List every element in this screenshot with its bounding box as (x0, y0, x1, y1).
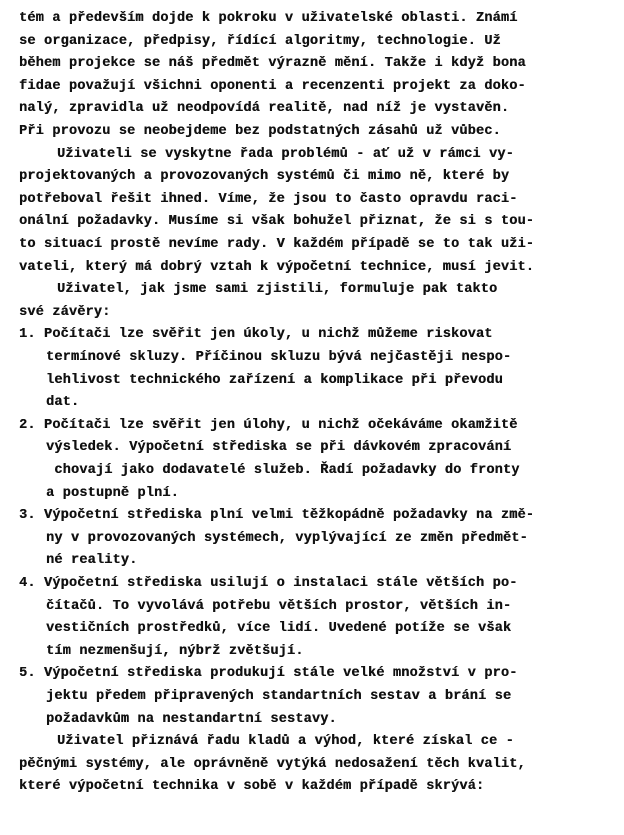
list-item-first-line: 5. Výpočetní střediska produkují stále v… (19, 667, 517, 681)
text-line: vateli, který má dobrý vztah k výpočetní… (19, 261, 534, 275)
list-item-line: termínové skluzy. Příčinou skluzu bývá n… (46, 351, 511, 365)
list-item-first-line: 2. Počítači lze svěřit jen úlohy, u nich… (19, 419, 517, 433)
list-item-first-line: 3. Výpočetní střediska plní velmi těžkop… (19, 509, 534, 523)
document-page: tém a především dojde k pokroku v uživat… (0, 0, 624, 835)
text-line: pěčnými systémy, ale oprávněně vytýká ne… (19, 758, 526, 772)
text-line: během projekce se náš předmět výrazně mě… (19, 57, 526, 71)
list-item-line: ny v provozovaných systémech, vyplývajíc… (46, 532, 528, 546)
text-line: tém a především dojde k pokroku v uživat… (19, 12, 517, 26)
list-item-line: jektu předem připravených standartních s… (46, 690, 511, 704)
paragraph-first-line: Uživateli se vyskytne řada problémů - ať… (57, 148, 514, 162)
list-item-line: a postupně plní. (46, 487, 179, 501)
text-line: to situací prostě nevíme rady. V každém … (19, 238, 534, 252)
list-item-line: chovají jako dodavatelé služeb. Řadí pož… (46, 464, 520, 478)
list-item-line: požadavkům na nestandartní sestavy. (46, 713, 337, 727)
text-line: fidae považují všichni oponenti a recenz… (19, 80, 526, 94)
list-item-line: vestičních prostředků, více lidí. Uveden… (46, 622, 511, 636)
text-line: potřeboval řešit ihned. Víme, že jsou to… (19, 193, 517, 207)
text-line: které výpočetní technika v sobě v každém… (19, 780, 484, 794)
list-item-first-line: 4. Výpočetní střediska usilují o instala… (19, 577, 517, 591)
list-item-line: čítačů. To vyvolává potřebu větších pros… (46, 600, 511, 614)
paragraph-first-line: Uživatel, jak jsme sami zjistili, formul… (57, 283, 497, 297)
list-item-line: výsledek. Výpočetní střediska se při dáv… (46, 441, 511, 455)
list-item-line: tím nezmenšují, nýbrž zvětšují. (46, 645, 304, 659)
list-item-line: né reality. (46, 554, 137, 568)
text-line: se organizace, předpisy, řídící algoritm… (19, 35, 501, 49)
paragraph-first-line: Uživatel přiznává řadu kladů a výhod, kt… (57, 735, 514, 749)
list-item-line: dat. (46, 396, 79, 410)
text-line: nalý, zpravidla už neodpovídá realitě, n… (19, 102, 509, 116)
list-item-line: lehlivost technického zařízení a komplik… (46, 374, 503, 388)
text-line: své závěry: (19, 306, 110, 320)
text-line: projektovaných a provozovaných systémů č… (19, 170, 509, 184)
list-item-first-line: 1. Počítači lze svěřit jen úkoly, u nich… (19, 328, 493, 342)
text-line: Při provozu se neobejdeme bez podstatnýc… (19, 125, 501, 139)
text-line: onální požadavky. Musíme si však bohužel… (19, 215, 534, 229)
